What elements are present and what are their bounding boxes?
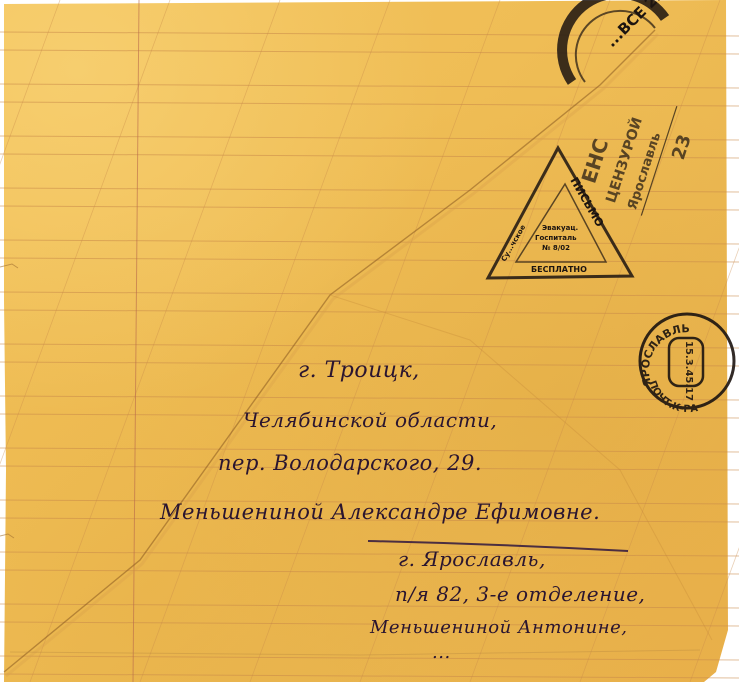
paper-markings: ...ВСЕ 23... ЕНС ЦЕНЗУРОЙ Ярославль 23 П… (0, 0, 739, 682)
sender-bottom-mark: ... (432, 642, 451, 663)
fold-shadow (6, 34, 658, 676)
censor-text-1: ЕНС (577, 136, 614, 186)
recipient-line-name: Меньшениной Александре Ефимовне. (160, 500, 600, 524)
triangle-bottom-text: БЕСПЛАТНО (531, 265, 587, 274)
triangle-center-line-2: Госпиталь (535, 234, 577, 242)
recipient-line-city: г. Троицк, (298, 358, 420, 383)
postmark-city: ЯРОСЛАВЛЬ (639, 322, 690, 388)
triangle-center-line-3: № 8/02 (542, 244, 570, 252)
recipient-line-street: пер. Володарского, 29. (218, 451, 482, 475)
triangle-right-text: ПИСЬМО (567, 175, 606, 229)
scan-page: ...ВСЕ 23... ЕНС ЦЕНЗУРОЙ Ярославль 23 П… (0, 0, 739, 682)
bottom-fold (10, 650, 700, 655)
postmark-date: 15.3.45.17 (683, 341, 694, 401)
paper-tear (0, 264, 18, 268)
svg-text:ЯРОСЛАВЛЬ: ЯРОСЛАВЛЬ (639, 322, 690, 388)
sender-line-name: Меньшениной Антонине, (370, 617, 627, 638)
sender-line-box: п/я 82, 3-е отделение, (395, 582, 645, 606)
triangle-stamp: ПИСЬМО Су...чское Эвакуац. Госпиталь № 8… (488, 148, 632, 278)
recipient-line-region: Челябинской области, (243, 408, 497, 432)
triangle-center-line-1: Эвакуац. (542, 224, 578, 232)
paper-tear (0, 534, 14, 538)
sender-line-city: г. Ярославль, (398, 547, 546, 571)
